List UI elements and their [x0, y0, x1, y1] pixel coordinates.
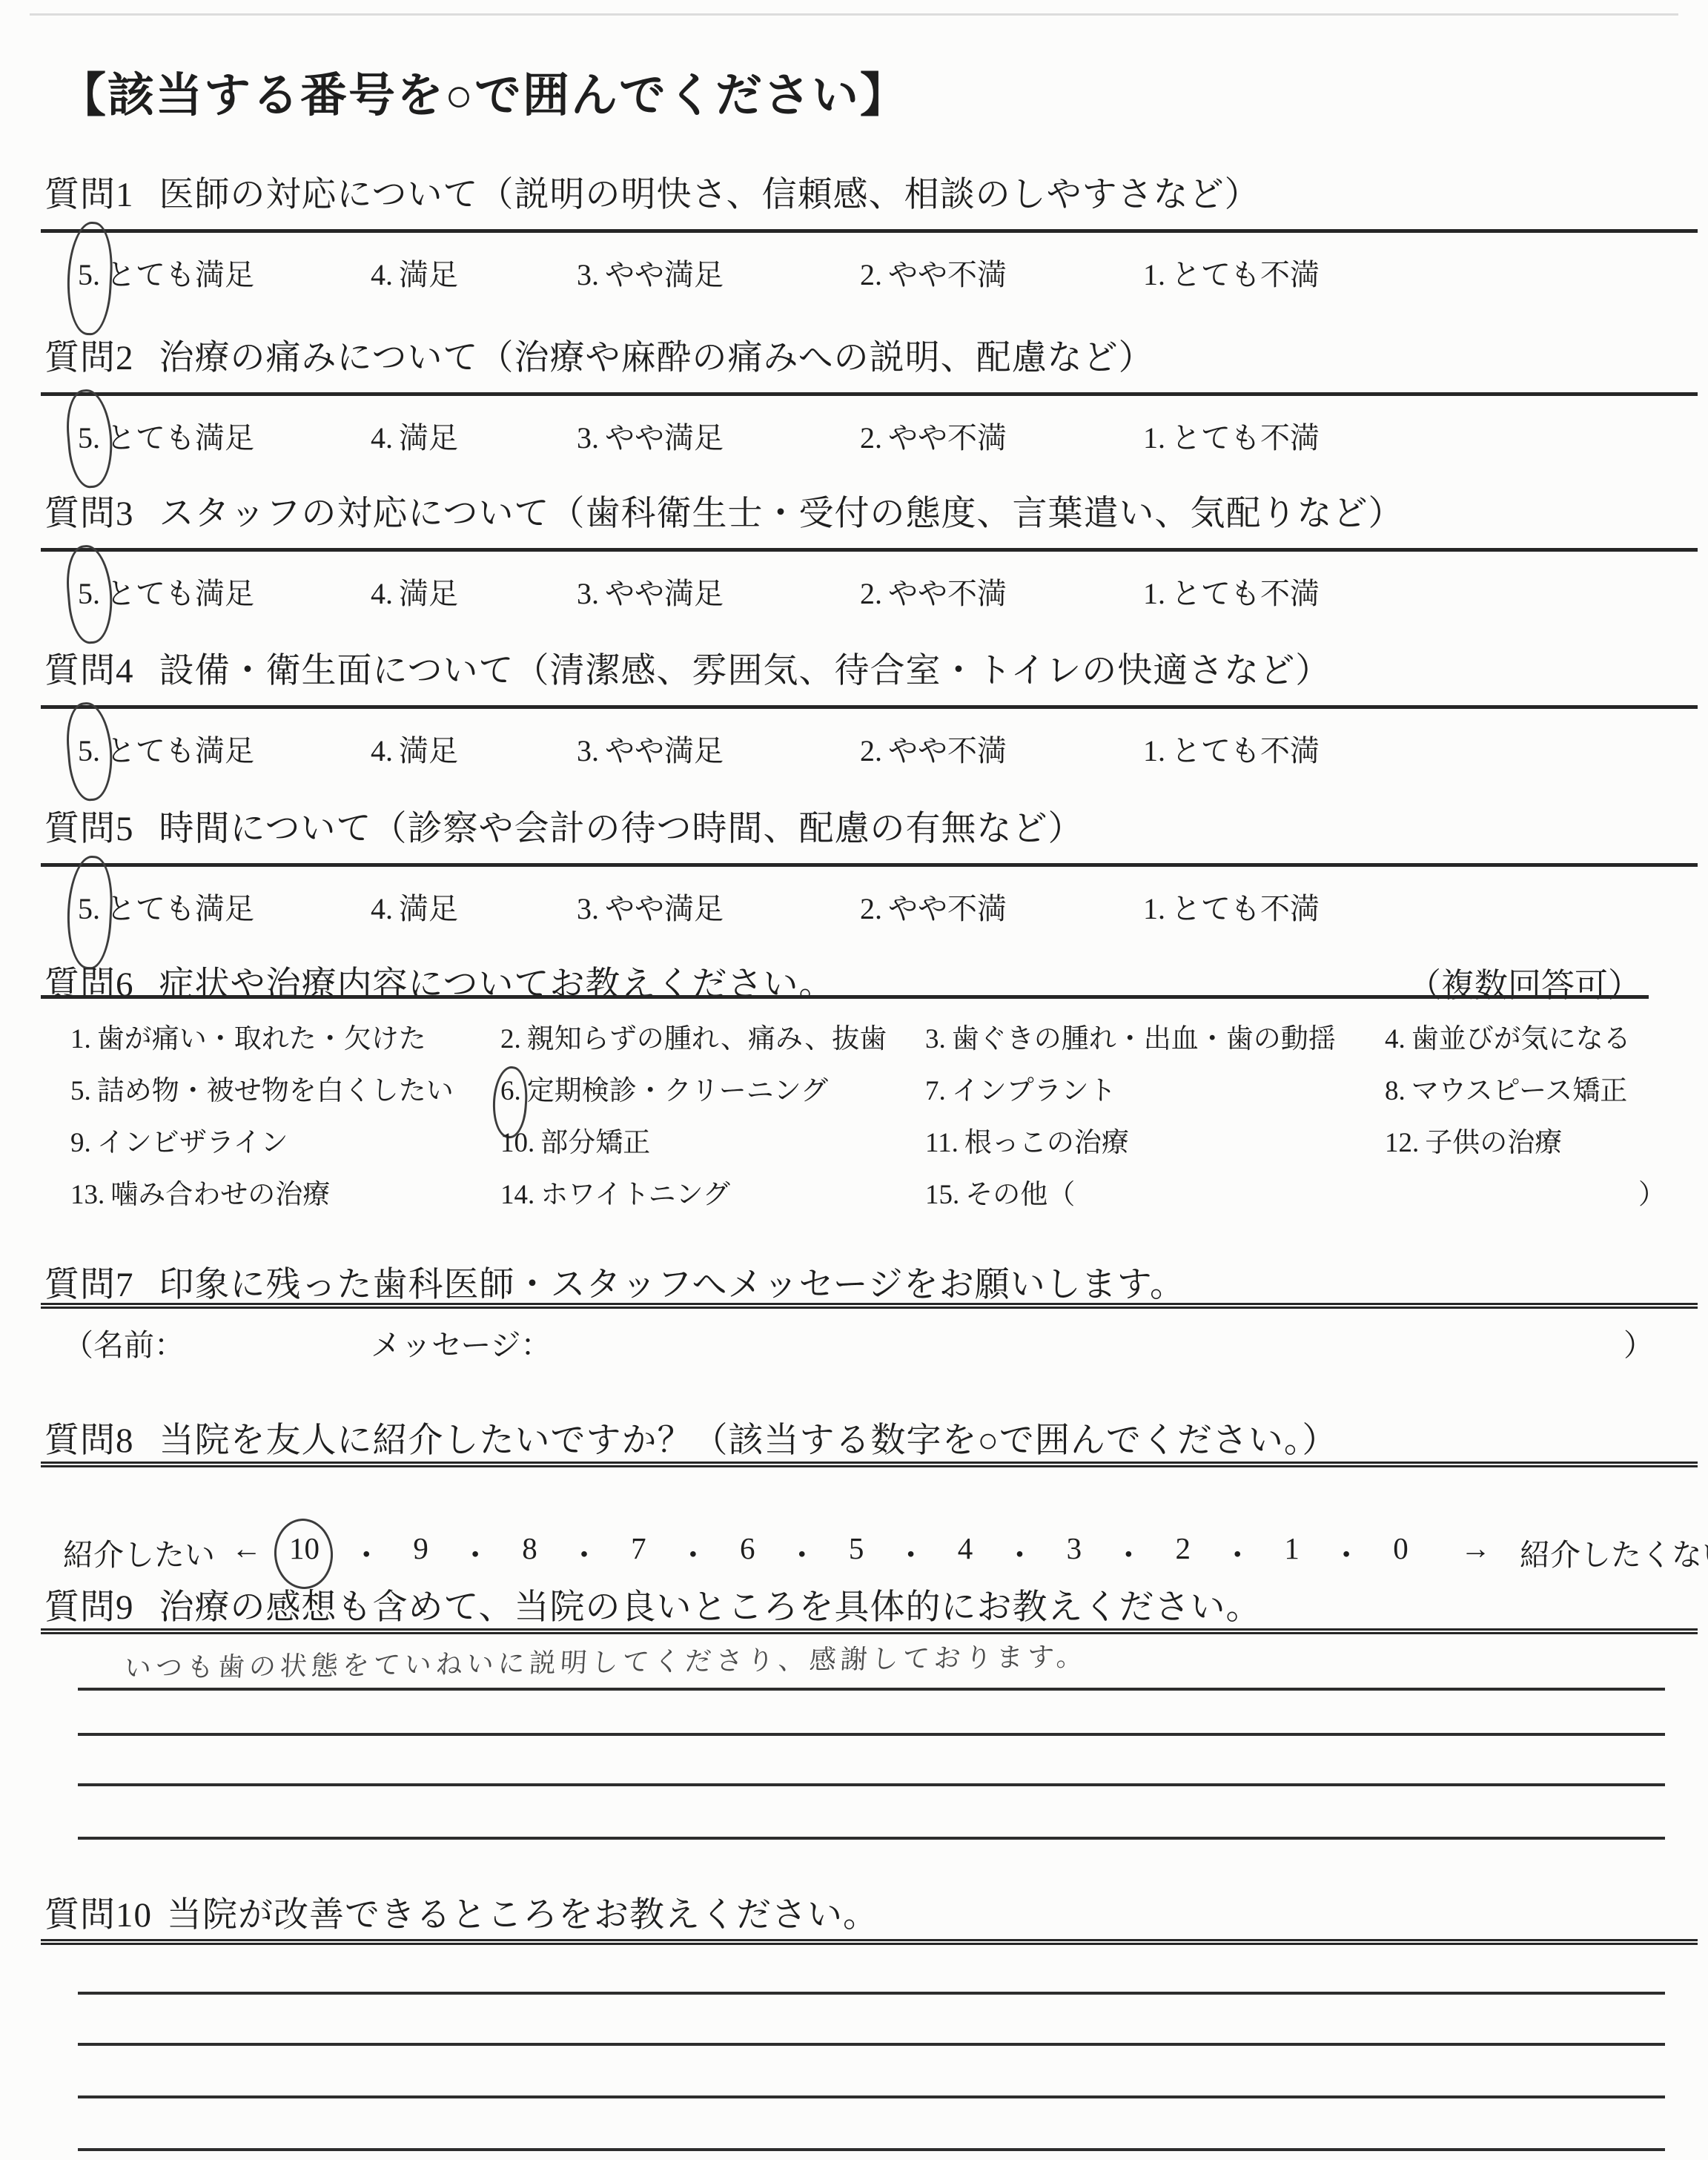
option-text: やや不満: [888, 421, 1007, 455]
scale-dot: ・: [1004, 1530, 1035, 1574]
scale-number-7: 7: [631, 1530, 646, 1574]
rating-option-2: 2.やや不満: [860, 885, 1007, 928]
question-7-heading: 質問7印象に残った歯科医師・スタッフへメッセージをお願いします。: [44, 1257, 1708, 1307]
option-text: インビザライン: [97, 1128, 288, 1158]
option-num: 4.: [371, 733, 393, 768]
option-num: 1.: [1143, 733, 1165, 768]
option-num: 3.: [925, 1024, 946, 1054]
rating-option-5: 5.とても満足: [78, 415, 254, 457]
question-10-label: 質問10: [44, 1896, 152, 1935]
option-num: 2.: [860, 257, 882, 292]
hand-circle-answer: 6.: [500, 1075, 521, 1107]
question-3-heading: 質問3スタッフの対応について（歯科衛生士・受付の態度、言葉遣い、気配りなど）: [44, 486, 1708, 535]
hand-circle-answer: 5.: [78, 733, 100, 768]
option-text: やや満足: [605, 421, 724, 455]
hand-circle-answer: 5.: [78, 576, 100, 611]
divider-line: [41, 1303, 1698, 1309]
rating-option-4: 4.満足: [371, 415, 458, 457]
rating-option-3: 3.やや満足: [577, 570, 724, 612]
rating-options-row-1: 5.とても満足 4.満足 3.やや満足 2.やや不満 1.とても不満: [44, 251, 1708, 296]
question-4-title: 設備・衛生面について（清潔感、雰囲気、待合室・トイレの快適さなど）: [159, 652, 1331, 690]
scale-number-3: 3: [1067, 1530, 1082, 1574]
symptom-option-7: 7.インプラント: [925, 1068, 1116, 1108]
option-text: とても不満: [1171, 734, 1320, 767]
scale-dot: ・: [1222, 1530, 1253, 1574]
name-field-label: （名前：: [63, 1321, 185, 1364]
rating-option-3: 3.やや満足: [577, 251, 724, 294]
option-text: 子供の治療: [1425, 1128, 1562, 1158]
question-9-title: 治療の感想も含めて、当院の良いところを具体的にお教えください。: [159, 1588, 1262, 1627]
question-8-label: 質問8: [44, 1421, 134, 1460]
right-arrow-icon: →: [1460, 1530, 1491, 1566]
rating-option-1: 1.とても不満: [1143, 727, 1320, 770]
option-text: 満足: [399, 421, 458, 455]
scale-number-9: 9: [413, 1530, 428, 1574]
option-text: 歯並びが気になる: [1411, 1024, 1631, 1054]
question-block-2: 質問2治療の痛みについて（治療や麻酔の痛みへの説明、配慮など） 5.とても満足 …: [44, 330, 1708, 463]
question-3-title: スタッフの対応について（歯科衛生士・受付の態度、言葉遣い、気配りなど）: [159, 495, 1404, 533]
scale-dot: ・: [896, 1530, 926, 1574]
scale-left-label: 紹介したい: [63, 1530, 215, 1574]
scale-dot: ・: [460, 1530, 491, 1574]
option-text: インプラント: [952, 1076, 1116, 1106]
question-2-heading: 質問2治療の痛みについて（治療や麻酔の痛みへの説明、配慮など）: [44, 330, 1708, 380]
symptom-option-1: 1.歯が痛い・取れた・欠けた: [70, 1016, 426, 1056]
symptom-option-4: 4.歯並びが気になる: [1385, 1016, 1631, 1056]
rating-options-row-3: 5.とても満足 4.満足 3.やや満足 2.やや不満 1.とても不満: [44, 570, 1708, 615]
hand-circle-answer: 10: [289, 1530, 320, 1574]
option-num: 2.: [860, 576, 882, 611]
option-text: マウスピース矯正: [1411, 1076, 1628, 1106]
option-text: とても不満: [1171, 421, 1320, 455]
answer-line: [78, 1688, 1665, 1691]
option-text: 定期検診・クリーニング: [527, 1076, 828, 1106]
option-text: 親知らずの腫れ、痛み、抜歯: [527, 1024, 887, 1054]
question-block-9: 質問9治療の感想も含めて、当院の良いところを具体的にお教えください。 いつも歯の…: [44, 1579, 1708, 1861]
answer-line: [78, 1837, 1665, 1840]
option-num: 14.: [500, 1180, 534, 1210]
rating-options-row-5: 5.とても満足 4.満足 3.やや満足 2.やや不満 1.とても不満: [44, 885, 1708, 930]
option-num: 4.: [371, 891, 393, 926]
option-text: とても満足: [106, 892, 254, 925]
question-block-4: 質問4設備・衛生面について（清潔感、雰囲気、待合室・トイレの快適さなど） 5.と…: [44, 643, 1708, 776]
rating-option-4: 4.満足: [371, 885, 458, 928]
survey-page: 【該当する番号を○で囲んでください】 質問1医師の対応について（説明の明快さ、信…: [0, 0, 1708, 2160]
option-num: 2.: [500, 1024, 521, 1054]
scale-numbers: 10 ・ 9 ・ 8 ・ 7 ・ 6 ・ 5 ・ 4 ・ 3 ・ 2 ・ 1 ・: [289, 1530, 1409, 1574]
option-text: 満足: [399, 734, 458, 767]
rating-option-1: 1.とても不満: [1143, 570, 1320, 612]
option-text: やや不満: [888, 892, 1007, 925]
option-text: とても満足: [106, 734, 254, 767]
option-num: 1.: [1143, 576, 1165, 611]
hand-circle-answer: 5.: [78, 257, 100, 292]
rating-option-2: 2.やや不満: [860, 251, 1007, 294]
option-num: 7.: [925, 1076, 946, 1106]
scale-dot: ・: [1331, 1530, 1362, 1574]
message-field-label: メッセージ：: [371, 1321, 552, 1364]
divider-line: [41, 548, 1698, 552]
option-text: とても不満: [1171, 577, 1320, 610]
option-text: 満足: [399, 892, 458, 925]
symptom-option-15: 15.その他（: [925, 1172, 1075, 1212]
rating-option-1: 1.とても不満: [1143, 251, 1320, 294]
recommend-scale-row: 紹介したい ← 10 ・ 9 ・ 8 ・ 7 ・ 6 ・ 5 ・ 4 ・ 3 ・…: [44, 1530, 1708, 1575]
option-num: 3.: [577, 420, 599, 455]
symptom-option-11: 11.根っこの治療: [925, 1120, 1129, 1160]
question-1-label: 質問1: [44, 176, 134, 214]
option-text: その他（: [965, 1180, 1075, 1210]
symptom-option-5: 5.詰め物・被せ物を白くしたい: [70, 1068, 454, 1108]
rating-option-4: 4.満足: [371, 251, 458, 294]
option-num: 3.: [577, 891, 599, 926]
question-3-label: 質問3: [44, 495, 134, 533]
question-9-heading: 質問9治療の感想も含めて、当院の良いところを具体的にお教えください。: [44, 1579, 1708, 1629]
option-num: 8.: [1385, 1076, 1406, 1106]
option-text: 詰め物・被せ物を白くしたい: [97, 1076, 454, 1106]
option-text: とても不満: [1171, 258, 1320, 291]
option-text: やや満足: [605, 258, 724, 291]
scale-number-5: 5: [849, 1530, 864, 1574]
scale-dot: ・: [787, 1530, 817, 1574]
question-5-title: 時間について（診察や会計の待つ時間、配慮の有無など）: [159, 810, 1084, 848]
question-block-5: 質問5時間について（診察や会計の待つ時間、配慮の有無など） 5.とても満足 4.…: [44, 801, 1708, 934]
answer-line: [78, 1992, 1665, 1995]
rating-option-3: 3.やや満足: [577, 415, 724, 457]
symptom-option-3: 3.歯ぐきの腫れ・出血・歯の動揺: [925, 1016, 1336, 1056]
option-text: 部分矯正: [540, 1128, 650, 1158]
question-block-1: 質問1医師の対応について（説明の明快さ、信頼感、相談のしやすさなど） 5.とても…: [44, 167, 1708, 300]
symptom-option-14: 14.ホワイトニング: [500, 1172, 730, 1212]
question-4-heading: 質問4設備・衛生面について（清潔感、雰囲気、待合室・トイレの快適さなど）: [44, 643, 1708, 693]
scale-dot: ・: [351, 1530, 382, 1574]
question-2-label: 質問2: [44, 339, 134, 377]
option-num: 2.: [860, 733, 882, 768]
option-text: 歯ぐきの腫れ・出血・歯の動揺: [952, 1024, 1336, 1054]
answer-line: [78, 1733, 1665, 1736]
option-num: 11.: [925, 1128, 959, 1158]
scale-dot: ・: [569, 1530, 599, 1574]
rating-option-3: 3.やや満足: [577, 727, 724, 770]
divider-line: [41, 1462, 1698, 1467]
rating-option-1: 1.とても不満: [1143, 885, 1320, 928]
multiple-answers-note: （複数回答可）: [1408, 958, 1641, 1006]
symptom-option-13: 13.噛み合わせの治療: [70, 1172, 330, 1212]
divider-line: [41, 229, 1698, 233]
option-num: 3.: [577, 576, 599, 611]
question-block-7: 質問7印象に残った歯科医師・スタッフへメッセージをお願いします。 （名前： メッ…: [44, 1257, 1708, 1368]
divider-line: [41, 995, 1649, 999]
scale-right-label: 紹介したくない: [1520, 1530, 1708, 1574]
scale-number-2: 2: [1176, 1530, 1191, 1574]
option-text: やや満足: [605, 892, 724, 925]
scan-edge-line: [30, 13, 1678, 16]
option-num: 4.: [371, 257, 393, 292]
question-4-label: 質問4: [44, 652, 134, 690]
answer-line: [78, 1783, 1665, 1786]
divider-line: [41, 863, 1698, 867]
divider-line: [41, 1939, 1698, 1945]
question-2-title: 治療の痛みについて（治療や麻酔の痛みへの説明、配慮など）: [159, 339, 1154, 377]
question-7-label: 質問7: [44, 1266, 134, 1304]
rating-option-4: 4.満足: [371, 727, 458, 770]
symptom-option-9: 9.インビザライン: [70, 1120, 288, 1160]
rating-option-2: 2.やや不満: [860, 727, 1007, 770]
option-num: 3.: [577, 733, 599, 768]
scale-number-6: 6: [740, 1530, 755, 1574]
rating-option-3: 3.やや満足: [577, 885, 724, 928]
option-num: 5.: [70, 1076, 91, 1106]
close-paren: ）: [1623, 1321, 1654, 1364]
option-text: とても不満: [1171, 892, 1320, 925]
option-num: 9.: [70, 1128, 91, 1158]
option-num: 2.: [860, 420, 882, 455]
symptom-option-12: 12.子供の治療: [1385, 1120, 1562, 1160]
divider-line: [41, 705, 1698, 709]
scale-number-0: 0: [1393, 1530, 1409, 1574]
question-10-title: 当院が改善できるところをお教えください。: [167, 1896, 878, 1935]
question-5-label: 質問5: [44, 810, 134, 848]
option-text: とても満足: [106, 421, 254, 455]
option-text: とても満足: [106, 577, 254, 610]
option-num: 1.: [1143, 420, 1165, 455]
question-block-3: 質問3スタッフの対応について（歯科衛生士・受付の態度、言葉遣い、気配りなど） 5…: [44, 486, 1708, 619]
option-num: 13.: [70, 1180, 105, 1210]
option-text: 満足: [399, 258, 458, 291]
option-text: やや不満: [888, 734, 1007, 767]
answer-line: [78, 2148, 1665, 2151]
option-num: 4.: [1385, 1024, 1406, 1054]
hand-circle-answer: 5.: [78, 891, 100, 926]
rating-option-5: 5.とても満足: [78, 727, 254, 770]
question-1-title: 医師の対応について（説明の明快さ、信頼感、相談のしやすさなど）: [159, 176, 1260, 214]
page-title: 【該当する番号を○で囲んでください】: [59, 58, 908, 125]
scale-number-1: 1: [1284, 1530, 1300, 1574]
option-num: 15.: [925, 1180, 959, 1210]
left-arrow-icon: ←: [231, 1530, 262, 1566]
answer-line: [78, 2095, 1665, 2098]
symptom-option-10: 10.部分矯正: [500, 1120, 650, 1160]
option-num: 4.: [371, 576, 393, 611]
option-num: 10.: [500, 1128, 534, 1158]
option-text: 根っこの治療: [964, 1128, 1129, 1158]
option-text: とても満足: [106, 258, 254, 291]
handwritten-answer: いつも歯の状態をていねいに説明してくださり、感謝しております。: [124, 1636, 1089, 1685]
question-10-heading: 質問10当院が改善できるところをお教えください。: [44, 1887, 1708, 1937]
rating-option-5: 5.とても満足: [78, 885, 254, 928]
rating-option-5: 5.とても満足: [78, 570, 254, 612]
option-text: 噛み合わせの治療: [110, 1180, 330, 1210]
scale-number-8: 8: [522, 1530, 537, 1574]
divider-line: [41, 1628, 1698, 1634]
question-block-8: 質問8当院を友人に紹介したいですか？（該当する数字を○で囲んでください。） 紹介…: [44, 1413, 1708, 1539]
option-num: 4.: [371, 420, 393, 455]
rating-option-2: 2.やや不満: [860, 415, 1007, 457]
rating-options-row-2: 5.とても満足 4.満足 3.やや満足 2.やや不満 1.とても不満: [44, 415, 1708, 459]
rating-option-2: 2.やや不満: [860, 570, 1007, 612]
rating-option-1: 1.とても不満: [1143, 415, 1320, 457]
option-text: 満足: [399, 577, 458, 610]
question-block-10: 質問10当院が改善できるところをお教えください。: [44, 1887, 1708, 2160]
question-1-heading: 質問1医師の対応について（説明の明快さ、信頼感、相談のしやすさなど）: [44, 167, 1708, 217]
option-text: やや満足: [605, 577, 724, 610]
option-num: 1.: [1143, 257, 1165, 292]
divider-line: [41, 392, 1698, 396]
option-text: 歯が痛い・取れた・欠けた: [97, 1024, 426, 1054]
question-7-title: 印象に残った歯科医師・スタッフへメッセージをお願いします。: [159, 1266, 1185, 1304]
symptom-option-6: 6.定期検診・クリーニング: [500, 1068, 828, 1108]
option-text: ホワイトニング: [540, 1180, 730, 1210]
answer-line: [78, 2043, 1665, 2046]
question-5-heading: 質問5時間について（診察や会計の待つ時間、配慮の有無など）: [44, 801, 1708, 851]
scale-number-4: 4: [958, 1530, 973, 1574]
rating-option-4: 4.満足: [371, 570, 458, 612]
option-text: やや満足: [605, 734, 724, 767]
option-num: 1.: [70, 1024, 91, 1054]
question-9-label: 質問9: [44, 1588, 134, 1627]
scale-dot: ・: [678, 1530, 708, 1574]
question-8-title: 当院を友人に紹介したいですか？（該当する数字を○で囲んでください。）: [159, 1421, 1338, 1460]
question-8-heading: 質問8当院を友人に紹介したいですか？（該当する数字を○で囲んでください。）: [44, 1413, 1708, 1462]
hand-circle-answer: 5.: [78, 420, 100, 455]
other-close-paren: ）: [1638, 1172, 1666, 1212]
option-num: 1.: [1143, 891, 1165, 926]
option-num: 3.: [577, 257, 599, 292]
option-text: やや不満: [888, 258, 1007, 291]
rating-options-row-4: 5.とても満足 4.満足 3.やや満足 2.やや不満 1.とても不満: [44, 727, 1708, 772]
question-block-6: 質問6症状や治療内容についてお教えください。 （複数回答可） 1.歯が痛い・取れ…: [44, 957, 1708, 1223]
symptom-option-2: 2.親知らずの腫れ、痛み、抜歯: [500, 1016, 887, 1056]
scale-dot: ・: [1113, 1530, 1144, 1574]
option-num: 2.: [860, 891, 882, 926]
option-text: やや不満: [888, 577, 1007, 610]
option-num: 12.: [1385, 1128, 1419, 1158]
symptom-option-8: 8.マウスピース矯正: [1385, 1068, 1627, 1108]
rating-option-5: 5.とても満足: [78, 251, 254, 294]
